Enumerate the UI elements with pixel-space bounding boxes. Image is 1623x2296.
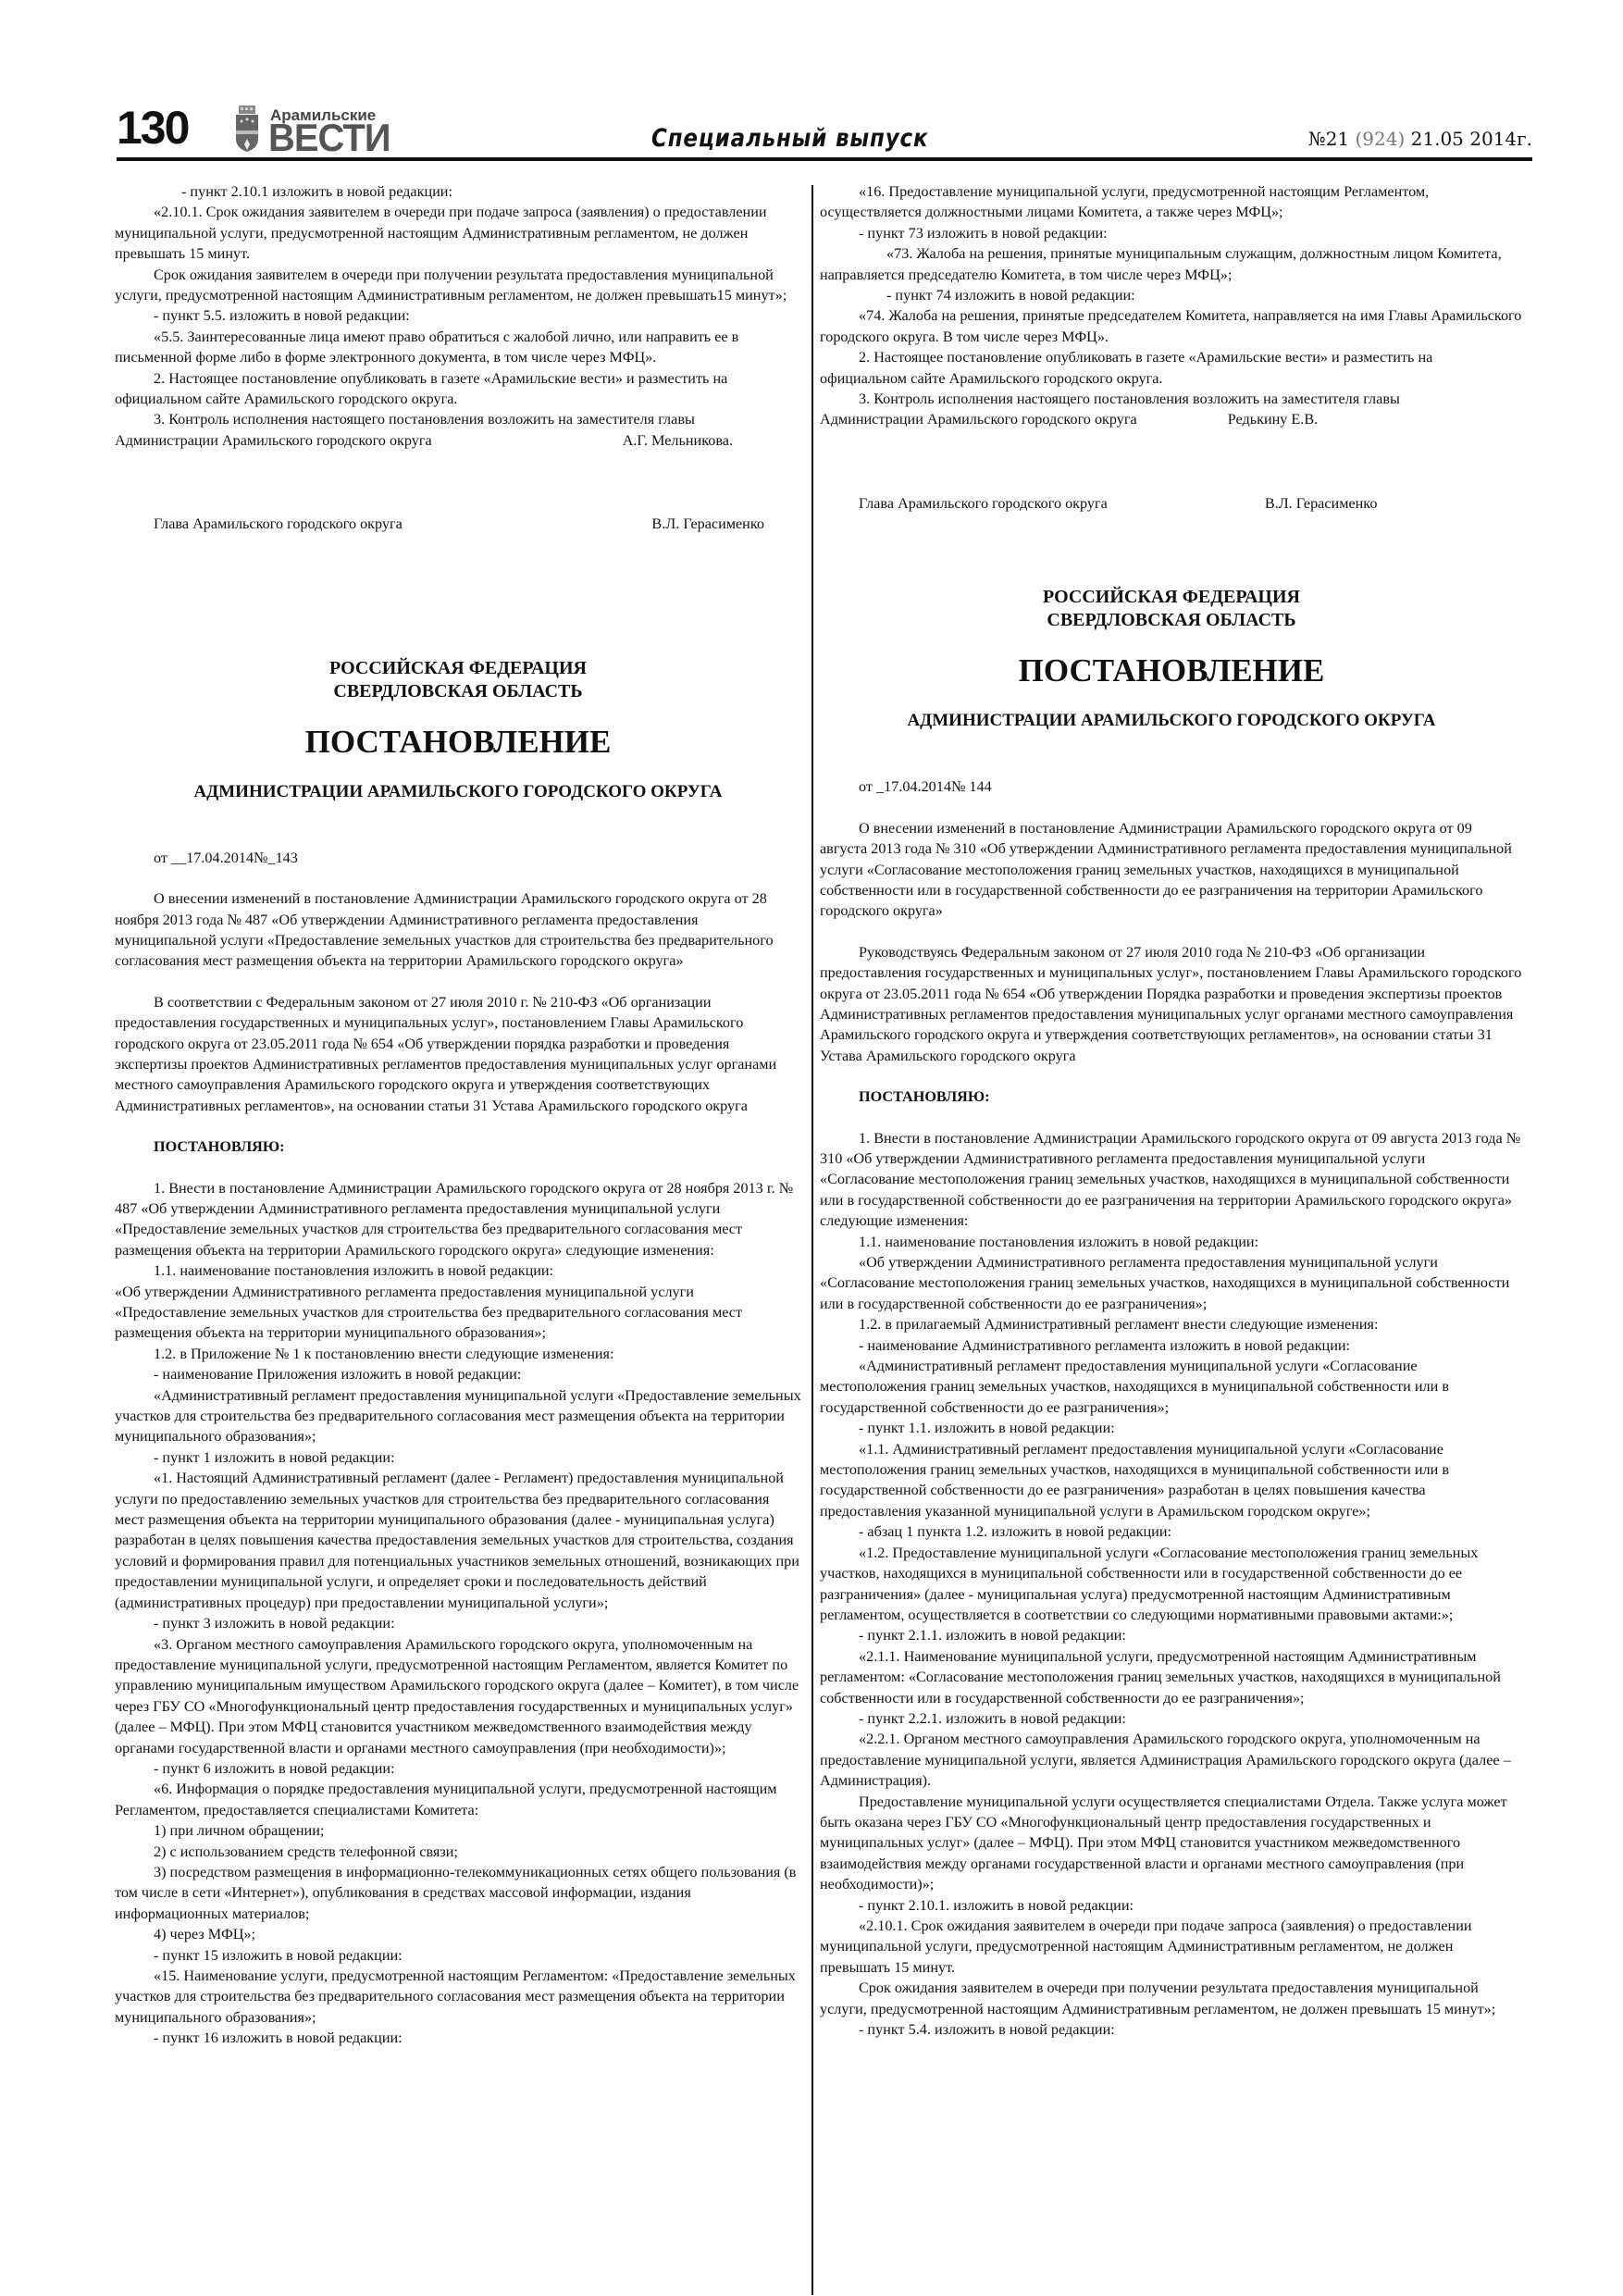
paragraph: 1.2. в Приложение № 1 к постановлению вн… [115, 1344, 801, 1364]
decree-resolve: ПОСТАНОВЛЯЮ: [820, 1086, 1523, 1107]
decree-region: СВЕРДЛОВСКАЯ ОБЛАСТЬ [115, 680, 801, 703]
page-header: 130 Арамильские ВЕСТИ Специальный выпуск… [117, 102, 1532, 157]
paragraph: 1.1. наименование постановления изложить… [115, 1260, 801, 1281]
paragraph: - пункт 3 изложить в новой редакции: [115, 1613, 801, 1633]
page-number: 130 [117, 104, 188, 152]
paragraph: «3. Органом местного самоуправления Арам… [115, 1634, 801, 1758]
control-line: Администрации Арамильского городского ок… [820, 409, 1523, 429]
paragraph: - пункт 6 изложить в новой редакции: [115, 1758, 801, 1779]
issue-date: 21.05 2014г. [1411, 128, 1532, 150]
decree-body: 1. Внести в постановление Администрации … [820, 1128, 1523, 2041]
control-text: Администрации Арамильского городского ок… [820, 409, 1137, 429]
paragraph: Срок ожидания заявителем в очереди при п… [820, 1978, 1523, 2019]
paragraph: 3. Контроль исполнения настоящего постан… [820, 389, 1523, 409]
paragraph: - пункт 2.2.1. изложить в новой редакции… [820, 1708, 1523, 1729]
control-line: Администрации Арамильского городского ок… [115, 430, 801, 451]
paragraph: «74. Жалоба на решения, принятые председ… [820, 305, 1523, 347]
coat-of-arms-icon [235, 105, 259, 152]
paragraph: 1.2. в прилагаемый Административный регл… [820, 1314, 1523, 1334]
signature-block: Глава Арамильского городского округа В.Л… [820, 493, 1523, 514]
issue-info: №21 (924) 21.05 2014г. [1308, 128, 1532, 150]
paragraph: 4) через МФЦ»; [115, 1924, 801, 1944]
control-text: Администрации Арамильского городского ок… [115, 430, 432, 451]
paragraph: 2. Настоящее постановление опубликовать … [820, 347, 1523, 389]
decree-date: от _17.04.2014№ 144 [820, 776, 1523, 797]
paragraph: - пункт 16 изложить в новой редакции: [115, 2028, 801, 2048]
paragraph: - абзац 1 пункта 1.2. изложить в новой р… [820, 1521, 1523, 1542]
paragraph: «Административный регламент предоставлен… [115, 1385, 801, 1447]
paragraph: «5.5. Заинтересованные лица имеют право … [115, 327, 801, 368]
header-rule [117, 157, 1532, 161]
paragraph: 1. Внести в постановление Администрации … [820, 1128, 1523, 1232]
paragraph: «1.1. Административный регламент предост… [820, 1439, 1523, 1522]
column-divider [811, 185, 813, 2295]
paragraph: - пункт 2.10.1 изложить в новой редакции… [115, 181, 801, 202]
signature-block: Глава Арамильского городского округа В.Л… [115, 514, 801, 534]
paragraph: - пункт 15 изложить в новой редакции: [115, 1945, 801, 1966]
decree-country: РОССИЙСКАЯ ФЕДЕРАЦИЯ [115, 657, 801, 680]
paragraph: Срок ожидания заявителем в очереди при п… [115, 265, 801, 306]
paragraph: «2.2.1. Органом местного самоуправления … [820, 1729, 1523, 1791]
paragraph: - пункт 1.1. изложить в новой редакции: [820, 1418, 1523, 1438]
decree-subject: О внесении изменений в постановление Адм… [820, 818, 1523, 922]
deputy-name: А.Г. Мельникова. [623, 430, 733, 451]
decree-authority: АДМИНИСТРАЦИИ АРАМИЛЬСКОГО ГОРОДСКОГО ОК… [115, 781, 801, 803]
decree-region: СВЕРДЛОВСКАЯ ОБЛАСТЬ [820, 609, 1523, 632]
paragraph: «2.10.1. Срок ожидания заявителем в очер… [820, 1916, 1523, 1978]
decree-title: ПОСТАНОВЛЕНИЕ [115, 724, 801, 761]
decree-subject: О внесении изменений в постановление Адм… [115, 888, 801, 972]
paragraph: - наименование Административного регламе… [820, 1335, 1523, 1356]
decree-title: ПОСТАНОВЛЕНИЕ [820, 652, 1523, 689]
paragraph: - пункт 74 изложить в новой редакции: [820, 285, 1523, 305]
signature-name: В.Л. Герасименко [1265, 493, 1378, 514]
decree-country: РОССИЙСКАЯ ФЕДЕРАЦИЯ [820, 586, 1523, 609]
left-column: - пункт 2.10.1 изложить в новой редакции… [115, 181, 801, 2049]
right-continuation: «16. Предоставление муниципальной услуги… [820, 181, 1523, 409]
paragraph: «16. Предоставление муниципальной услуги… [820, 181, 1523, 223]
paragraph: - пункт 5.5. изложить в новой редакции: [115, 305, 801, 326]
paragraph: «Об утверждении Административного реглам… [820, 1252, 1523, 1314]
issue-total-number: (924) [1356, 128, 1406, 150]
paragraph: «1.2. Предоставление муниципальной услуг… [820, 1543, 1523, 1626]
paragraph: «15. Наименование услуги, предусмотренно… [115, 1966, 801, 2028]
signature-position: Глава Арамильского городского округа [859, 493, 1108, 514]
deputy-name: Редькину Е.В. [1228, 409, 1319, 429]
decree-resolve: ПОСТАНОВЛЯЮ: [115, 1136, 801, 1157]
issue-number: №21 [1308, 128, 1349, 150]
paragraph: «2.1.1. Наименование муниципальной услуг… [820, 1646, 1523, 1708]
paragraph: - пункт 2.1.1. изложить в новой редакции… [820, 1625, 1523, 1645]
paragraph: «Административный регламент предоставлен… [820, 1356, 1523, 1418]
paragraph: 1.1. наименование постановления изложить… [820, 1232, 1523, 1252]
decree-body: 1. Внести в постановление Администрации … [115, 1178, 801, 2049]
decree-date: от __17.04.2014№_143 [115, 848, 801, 868]
paragraph: - пункт 5.4. изложить в новой редакции: [820, 2019, 1523, 2040]
left-continuation: - пункт 2.10.1 изложить в новой редакции… [115, 181, 801, 430]
decree-144: РОССИЙСКАЯ ФЕДЕРАЦИЯ СВЕРДЛОВСКАЯ ОБЛАСТ… [820, 586, 1523, 2040]
signature-name: В.Л. Герасименко [651, 514, 764, 534]
paragraph: «73. Жалоба на решения, принятые муницип… [820, 243, 1523, 285]
paragraph: 1) при личном обращении; [115, 1820, 801, 1841]
paragraph: 1. Внести в постановление Администрации … [115, 1178, 801, 1261]
paragraph: Предоставление муниципальной услуги осущ… [820, 1792, 1523, 1895]
paragraph: - пункт 2.10.1. изложить в новой редакци… [820, 1895, 1523, 1916]
paragraph: 2. Настоящее постановление опубликовать … [115, 368, 801, 410]
paragraph: 3. Контроль исполнения настоящего постан… [115, 409, 801, 429]
paragraph: - пункт 1 изложить в новой редакции: [115, 1447, 801, 1468]
section-title: Специальный выпуск [651, 124, 928, 153]
decree-preamble: Руководствуясь Федеральным законом от 27… [820, 942, 1523, 1066]
paragraph: 3) посредством размещения в информационн… [115, 1862, 801, 1924]
right-column: «16. Предоставление муниципальной услуги… [820, 181, 1523, 2040]
paragraph: «Об утверждении Административного реглам… [115, 1282, 801, 1344]
paragraph: 2) с использованием средств телефонной с… [115, 1842, 801, 1862]
paragraph: «2.10.1. Срок ожидания заявителем в очер… [115, 202, 801, 264]
decree-authority: АДМИНИСТРАЦИИ АРАМИЛЬСКОГО ГОРОДСКОГО ОК… [820, 710, 1523, 732]
paragraph: «6. Информация о порядке предоставления … [115, 1779, 801, 1820]
newspaper-logo: Арамильские ВЕСТИ [235, 105, 476, 155]
decree-143: РОССИЙСКАЯ ФЕДЕРАЦИЯ СВЕРДЛОВСКАЯ ОБЛАСТ… [115, 657, 801, 2049]
paragraph: - наименование Приложения изложить в нов… [115, 1364, 801, 1384]
brand-name-large: ВЕСТИ [268, 118, 390, 157]
paragraph: - пункт 73 изложить в новой редакции: [820, 223, 1523, 243]
decree-preamble: В соответствии с Федеральным законом от … [115, 992, 801, 1116]
signature-position: Глава Арамильского городского округа [154, 514, 403, 534]
paragraph: «1. Настоящий Административный регламент… [115, 1468, 801, 1613]
